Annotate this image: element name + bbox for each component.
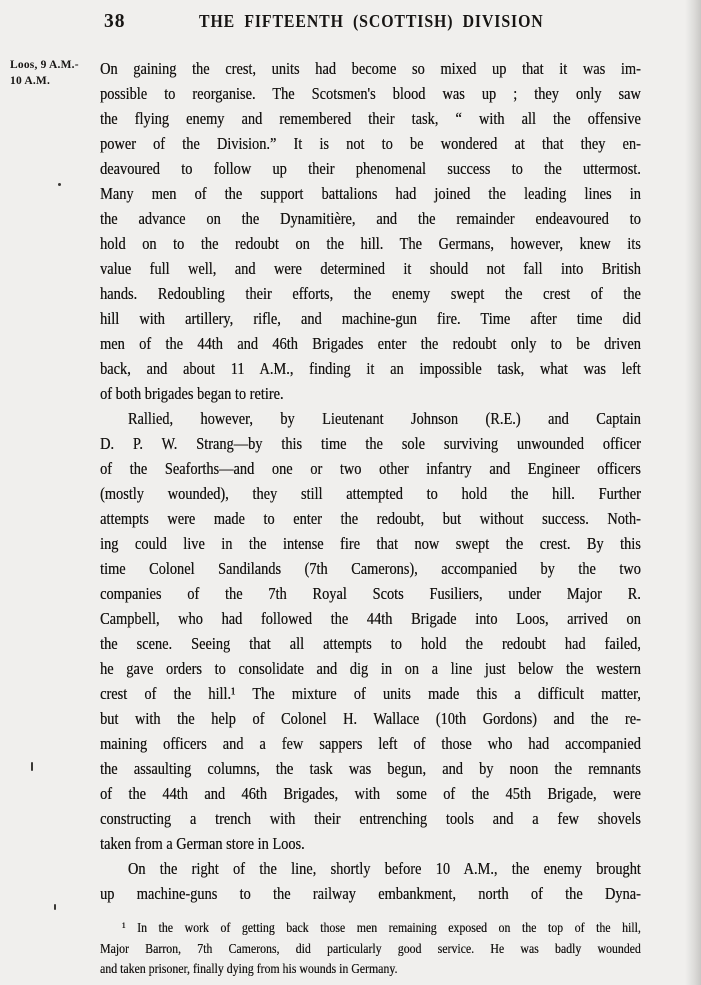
- body-line: hill with artillery, rifle, and machine-…: [100, 306, 641, 331]
- body-line: deavoured to follow up their phenomenal …: [100, 156, 641, 181]
- margin-note-line2: 10 A.M.: [10, 73, 98, 89]
- body-line: hold on to the redoubt on the hill. The …: [100, 231, 641, 256]
- page-number: 38: [104, 11, 126, 33]
- body-line: On the right of the line, shortly before…: [100, 856, 641, 881]
- body-line: possible to reorganise. The Scotsmen's b…: [100, 81, 641, 106]
- body-line: Many men of the support battalions had j…: [100, 181, 641, 206]
- margin-note-line1: Loos, 9 A.M.-: [10, 57, 98, 73]
- body-line: hands. Redoubling their efforts, the ene…: [100, 281, 641, 306]
- body-line: of the 44th and 46th Brigades, with some…: [100, 781, 641, 806]
- body-line: ing could live in the intense fire that …: [100, 531, 641, 556]
- running-title: THE FIFTEENTH (SCOTTISH) DIVISION: [199, 11, 544, 32]
- footnote-line: Major Barron, 7th Camerons, did particul…: [100, 940, 641, 961]
- body-line: time Colonel Sandilands (7th Camerons), …: [100, 556, 641, 581]
- margin-note: Loos, 9 A.M.- 10 A.M.: [10, 57, 98, 89]
- body-line: of the Seaforths—and one or two other in…: [100, 456, 641, 481]
- body-line: the flying enemy and remembered their ta…: [100, 106, 641, 131]
- body-text: On gaining the crest, units had become s…: [100, 56, 641, 906]
- body-line: constructing a trench with their entrenc…: [100, 806, 641, 831]
- body-line: of both brigades began to retire.: [100, 381, 641, 406]
- body-line: Rallied, however, by Lieutenant Johnson …: [100, 406, 641, 431]
- footnote-line: and taken prisoner, finally dying from h…: [100, 960, 641, 981]
- book-page: 38 THE FIFTEENTH (SCOTTISH) DIVISION Loo…: [0, 0, 701, 985]
- body-line: but with the help of Colonel H. Wallace …: [100, 706, 641, 731]
- body-line: Campbell, who had followed the 44th Brig…: [100, 606, 641, 631]
- body-line: the scene. Seeing that all attempts to h…: [100, 631, 641, 656]
- scan-artifact: [31, 762, 33, 771]
- body-line: crest of the hill.¹ The mixture of units…: [100, 681, 641, 706]
- body-line: value full well, and were determined it …: [100, 256, 641, 281]
- body-line: attempts were made to enter the redoubt,…: [100, 506, 641, 531]
- footnote: ¹ In the work of getting back those men …: [100, 919, 641, 981]
- body-line: companies of the 7th Royal Scots Fusilie…: [100, 581, 641, 606]
- footnote-line: ¹ In the work of getting back those men …: [100, 919, 641, 940]
- body-line: (mostly wounded), they still attempted t…: [100, 481, 641, 506]
- body-line: power of the Division.” It is not to be …: [100, 131, 641, 156]
- body-line: taken from a German store in Loos.: [100, 831, 641, 856]
- scan-artifact: [58, 183, 61, 186]
- body-line: back, and about 11 A.M., finding it an i…: [100, 356, 641, 381]
- body-line: men of the 44th and 46th Brigades enter …: [100, 331, 641, 356]
- body-line: the advance on the Dynamitière, and the …: [100, 206, 641, 231]
- body-line: he gave orders to consolidate and dig in…: [100, 656, 641, 681]
- body-line: On gaining the crest, units had become s…: [100, 56, 641, 81]
- scan-artifact: [54, 904, 56, 910]
- body-line: the assaulting columns, the task was beg…: [100, 756, 641, 781]
- body-line: D. P. W. Strang—by this time the sole su…: [100, 431, 641, 456]
- body-line: up machine-guns to the railway embankmen…: [100, 881, 641, 906]
- body-line: maining officers and a few sappers left …: [100, 731, 641, 756]
